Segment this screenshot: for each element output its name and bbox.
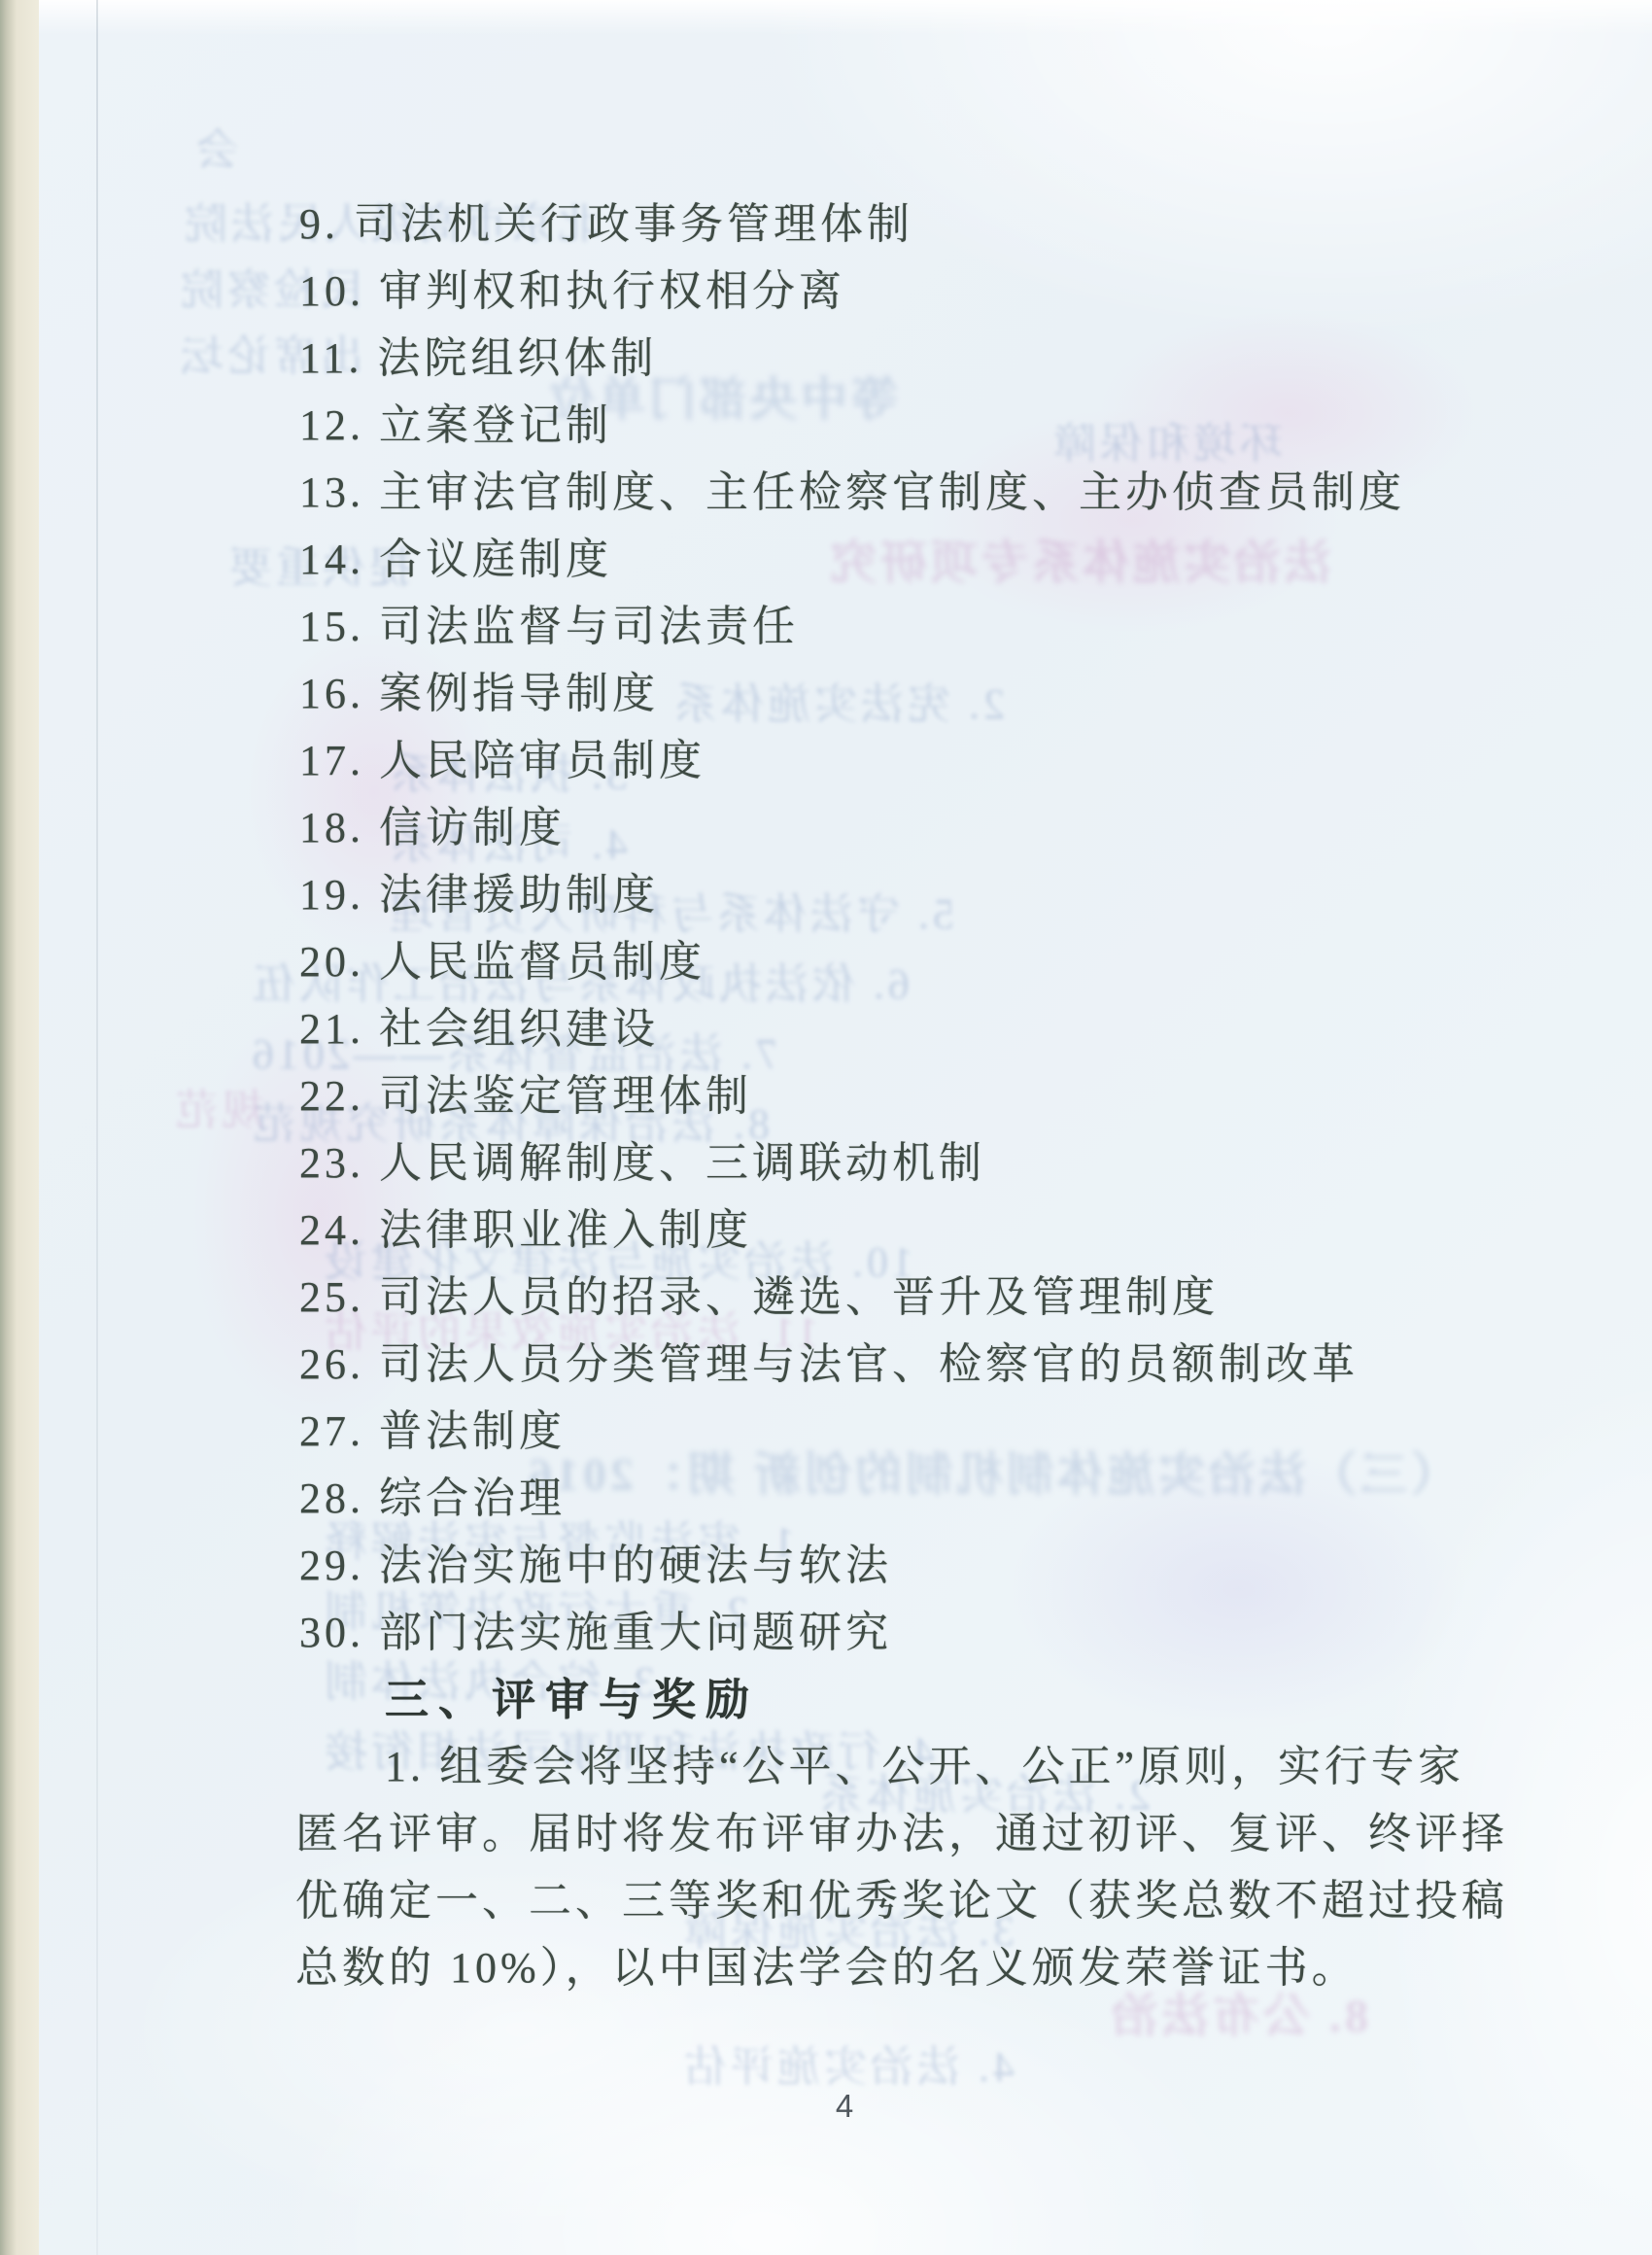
list-item: 23. 人民调解制度、三调联动机制 [299,1129,1652,1197]
list-item: 13. 主审法官制度、主任检察官制度、主办侦查员制度 [299,459,1652,526]
list-item: 29. 法治实施中的硬法与软法 [299,1532,1652,1599]
list-item: 27. 普法制度 [299,1398,1652,1465]
list-item: 11. 法院组织体制 [299,325,1652,392]
list-item: 12. 立案登记制 [299,392,1652,459]
list-item: 18. 信访制度 [299,794,1652,861]
section-heading: 三、评审与奖励 [385,1666,1652,1733]
scanned-page: 会 北京市高级人民法院 民检察院 出席论坛 等中央部门单位 环境和保障 法治实施… [0,0,1652,2255]
list-item: 22. 司法鉴定管理体制 [299,1062,1652,1129]
list-item: 30. 部门法实施重大问题研究 [299,1599,1652,1666]
list-item: 10. 审判权和执行权相分离 [299,258,1652,325]
list-item: 21. 社会组织建设 [299,995,1652,1062]
list-item: 14. 合议庭制度 [299,526,1652,593]
page-content: 9. 司法机关行政事务管理体制 10. 审判权和执行权相分离 11. 法院组织体… [0,0,1652,2001]
paragraph-line: 总数的 10%），以中国法学会的名义颁发荣誉证书。 [295,1934,1652,2001]
list-item: 17. 人民陪审员制度 [299,727,1652,794]
list-item: 15. 司法监督与司法责任 [299,593,1652,660]
paragraph-line: 1. 组委会将坚持“公平、公开、公正”原则，实行专家 [385,1733,1652,1800]
list-item: 28. 综合治理 [299,1465,1652,1532]
list-item: 24. 法律职业准入制度 [299,1197,1652,1264]
paragraph-line: 优确定一、二、三等奖和优秀奖论文（获奖总数不超过投稿 [295,1867,1652,1934]
list-item: 19. 法律援助制度 [299,861,1652,928]
paragraph-line: 匿名评审。届时将发布评审办法，通过初评、复评、终评择 [295,1800,1652,1867]
list-item: 16. 案例指导制度 [299,660,1652,727]
list-item: 26. 司法人员分类管理与法官、检察官的员额制改革 [299,1331,1652,1398]
page-number: 4 [37,2088,1652,2125]
list-item: 20. 人民监督员制度 [299,928,1652,995]
list-item: 25. 司法人员的招录、遴选、晋升及管理制度 [299,1264,1652,1331]
list-item: 9. 司法机关行政事务管理体制 [299,191,1652,258]
